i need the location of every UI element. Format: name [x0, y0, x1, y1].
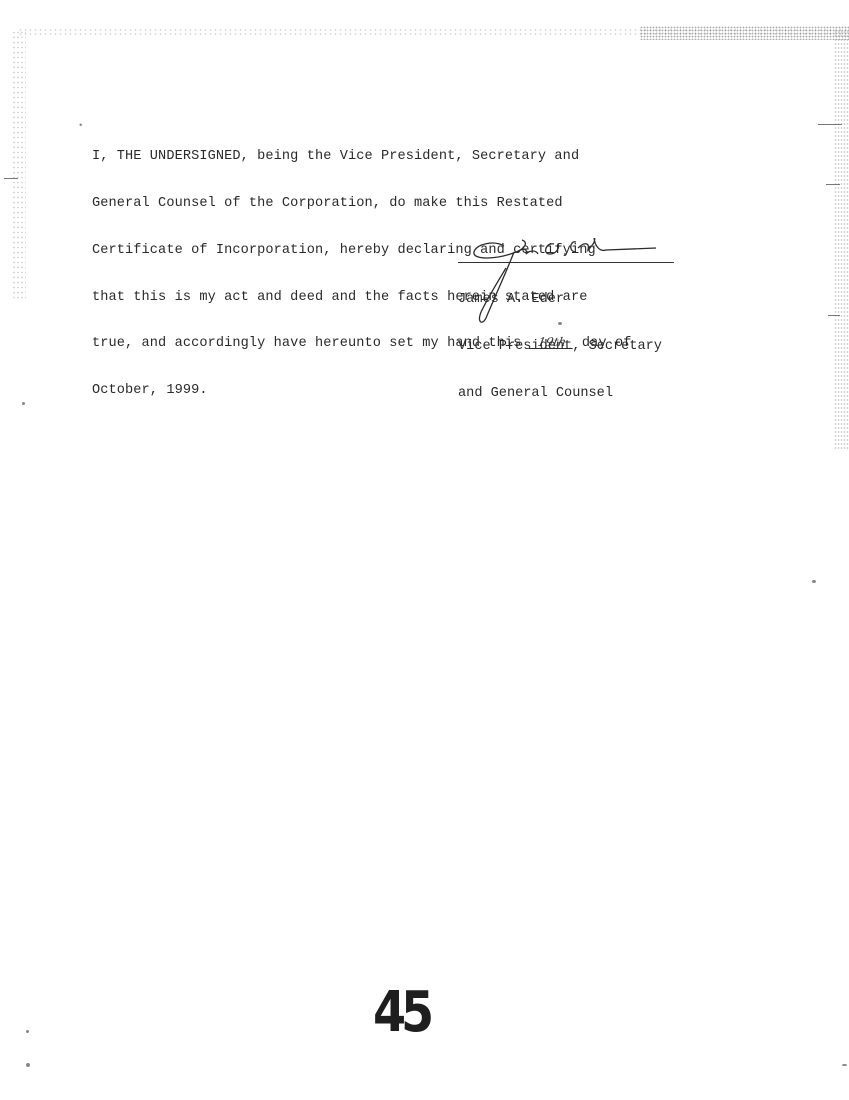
edge-mark [828, 315, 840, 316]
edge-mark [4, 178, 18, 179]
scan-noise-right [834, 30, 849, 450]
stray-mark: • [78, 121, 83, 131]
scan-speck [26, 1063, 30, 1067]
edge-mark [818, 124, 842, 125]
signatory-title: and General Counsel [458, 386, 662, 402]
signatory-title: Vice President, Secretary [458, 339, 662, 355]
scan-speck [26, 1030, 29, 1033]
signatory-name: James A. Eder [458, 292, 662, 308]
paragraph-line: Certificate of Incorporation, hereby dec… [92, 243, 631, 259]
edge-mark [826, 184, 840, 185]
page-number: 45 [373, 980, 429, 1045]
signatory-details: James A. Eder Vice President, Secretary … [458, 261, 662, 433]
scan-speck [22, 402, 25, 405]
document-page: • I, THE UNDERSIGNED, being the Vice Pre… [0, 0, 849, 1100]
scan-speck [812, 580, 816, 583]
scan-noise-top-right [640, 26, 849, 40]
scan-noise-left [12, 30, 26, 300]
scan-speck [558, 322, 562, 325]
scan-speck [842, 1064, 847, 1066]
paragraph-line: General Counsel of the Corporation, do m… [92, 196, 631, 212]
paragraph-line: I, THE UNDERSIGNED, being the Vice Presi… [92, 149, 631, 165]
